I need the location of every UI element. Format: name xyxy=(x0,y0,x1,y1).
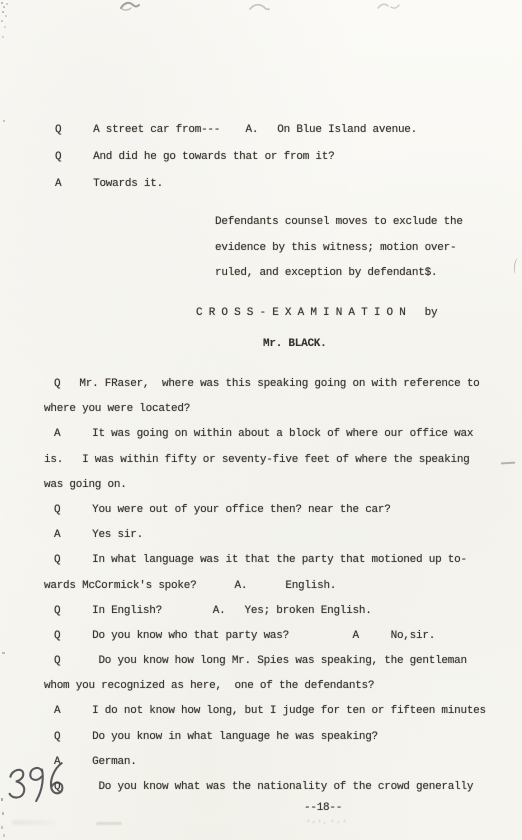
transcript-line: A Yes sir. xyxy=(54,523,486,548)
transcript-line: Q In what language was it that the party… xyxy=(54,548,486,573)
transcript-line: Q Do you know what was the nationality o… xyxy=(54,775,486,800)
transcript-line: Q Do you know in what language he was sp… xyxy=(54,725,486,750)
transcript-line: Q Do you know how long Mr. Spies was spe… xyxy=(54,649,486,674)
transcript-line: A It was going on within about a block o… xyxy=(54,422,486,447)
transcript-line: is. I was within fifty or seventy-five f… xyxy=(44,448,486,473)
ink-squiggle-mark xyxy=(248,0,270,16)
transcript-line: A Towards it. xyxy=(55,171,417,198)
motion-note: Defendants counsel moves to exclude the … xyxy=(215,210,463,287)
qa-body-section: Q Mr. FRaser, where was this speaking go… xyxy=(44,372,486,800)
motion-note-line: Defendants counsel moves to exclude the xyxy=(215,210,463,236)
opening-qa-section: Q A street car from--- A. On Blue Island… xyxy=(55,117,417,198)
motion-note-line: evidence by this witness; motion over- xyxy=(215,236,463,262)
transcript-page: Q A street car from--- A. On Blue Island… xyxy=(0,0,522,840)
handwritten-folio-number xyxy=(3,759,68,809)
examiner-name: Mr. BLACK. xyxy=(263,337,327,351)
cross-examination-title: C R O S S - E X A M I N A T I O N by xyxy=(196,306,437,320)
transcript-line: A I do not know how long, but I judge fo… xyxy=(54,699,486,724)
scan-speckles xyxy=(1,798,3,801)
transcript-line: wards McCormick's spoke? A. English. xyxy=(44,574,486,599)
examiner-name-text: Mr. BLACK. xyxy=(263,337,327,351)
transcript-line: Q A street car from--- A. On Blue Island… xyxy=(55,117,417,144)
scan-edge-mark xyxy=(501,462,515,465)
motion-note-line: ruled, and exception by defendant$. xyxy=(215,261,463,287)
scan-smudge xyxy=(308,820,309,822)
transcript-line: was going on. xyxy=(44,473,486,498)
transcript-line: Q You were out of your office then? near… xyxy=(54,498,486,523)
transcript-line: Q In English? A. Yes; broken English. xyxy=(54,599,486,624)
ink-squiggle-mark xyxy=(376,0,400,14)
scan-smudge xyxy=(12,820,60,825)
transcript-line: A German. xyxy=(54,750,486,775)
page-number-text: --18-- xyxy=(304,800,342,816)
transcript-line: whom you recognized as here, one of the … xyxy=(44,674,486,699)
ink-squiggle-mark xyxy=(119,0,141,14)
scan-smudge xyxy=(96,822,122,825)
scan-speckles xyxy=(1,2,3,4)
transcript-line: Q Do you know who that party was? A No,s… xyxy=(54,624,486,649)
section-heading: C R O S S - E X A M I N A T I O N by xyxy=(196,306,437,320)
transcript-line: where you were located? xyxy=(44,397,486,422)
page-number: --18-- xyxy=(304,800,342,816)
scan-edge-mark xyxy=(513,258,521,275)
transcript-line: Q And did he go towards that or from it? xyxy=(55,144,417,171)
transcript-line: Q Mr. FRaser, where was this speaking go… xyxy=(54,372,486,397)
scan-speckle xyxy=(2,652,5,654)
